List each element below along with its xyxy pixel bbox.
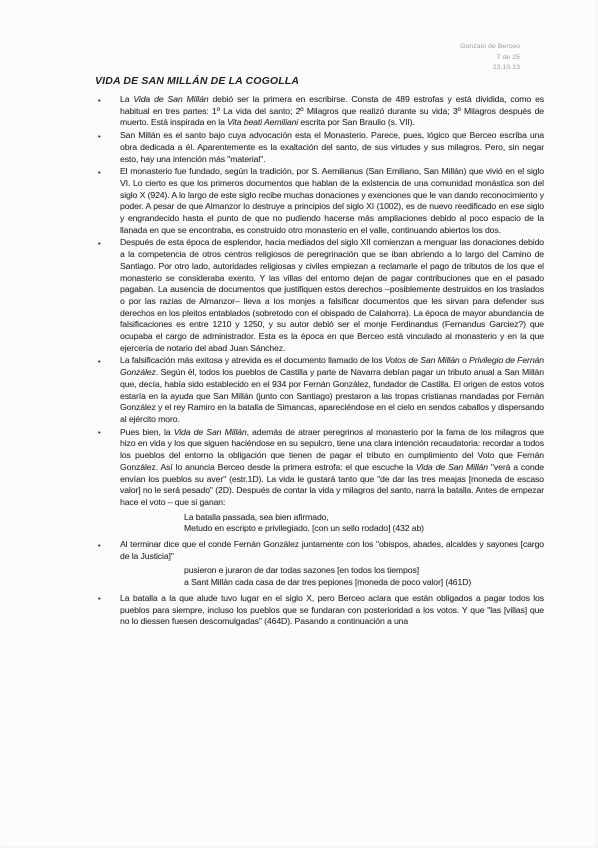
page-header: Gonzalo de Berceo 7 de 25 23.10.13: [460, 42, 520, 74]
bullet-marker: •: [98, 166, 120, 236]
bullet-marker: •: [98, 355, 120, 425]
bullet-marker: •: [98, 539, 120, 562]
text-run: a Sant Millán cada casa de dar tres pepi…: [184, 577, 471, 587]
page-title: VIDA DE SAN MILLÁN DE LA COGOLLA: [95, 75, 299, 87]
text-run: Vida de San Millán: [133, 94, 208, 104]
text-run: El monasterio fue fundado, según la trad…: [120, 166, 544, 235]
text-run: Votos de San Millán: [385, 355, 460, 365]
verse-line: Metudo en escripto e privilegiado. [con …: [184, 523, 544, 535]
text-run: . Según él, todos los pueblos de Castill…: [120, 367, 544, 424]
bullet-text: Después de esta época de esplendor, haci…: [120, 237, 544, 354]
text-run: escrita por San Braulio (s. VII).: [298, 117, 415, 127]
text-run: Después de esta época de esplendor, haci…: [120, 237, 544, 352]
bullet-marker: •: [98, 427, 120, 509]
bullet-item: •El monasterio fue fundado, según la tra…: [98, 166, 544, 236]
document-page: Gonzalo de Berceo 7 de 25 23.10.13 VIDA …: [0, 0, 598, 848]
text-run: San Millán es el santo bajo cuya advocac…: [120, 130, 544, 163]
bullet-text: La falsificación más exitosa y atrevida …: [120, 355, 544, 425]
bullet-item: •San Millán es el santo bajo cuya advoca…: [98, 130, 544, 165]
verse-quote: pusieron e juraron de dar todas sazones …: [184, 565, 544, 588]
bullet-text: El monasterio fue fundado, según la trad…: [120, 166, 544, 236]
text-run: La batalla passada, sea bien afirmado,: [184, 512, 329, 522]
bullet-text: La batalla a la que alude tuvo lugar en …: [120, 593, 544, 628]
verse-line: La batalla passada, sea bien afirmado,: [184, 512, 544, 524]
text-run: La batalla a la que alude tuvo lugar en …: [120, 593, 544, 626]
bullet-text: La Vida de San Millán debió ser la prime…: [120, 94, 544, 129]
verse-line: a Sant Millán cada casa de dar tres pepi…: [184, 577, 544, 589]
bullet-marker: •: [98, 237, 120, 354]
header-author: Gonzalo de Berceo: [460, 42, 520, 53]
verse-line: pusieron e juraron de dar todas sazones …: [184, 565, 544, 577]
bullet-text: San Millán es el santo bajo cuya advocac…: [120, 130, 544, 165]
bullet-item: •Pues bien, la Vida de San Millán, ademá…: [98, 427, 544, 509]
text-run: Al terminar dice que el conde Fernán Gon…: [120, 539, 544, 561]
bullet-text: Al terminar dice que el conde Fernán Gon…: [120, 539, 544, 562]
bullet-item: •La Vida de San Millán debió ser la prim…: [98, 94, 544, 129]
header-date: 23.10.13: [460, 63, 520, 74]
text-run: La falsificación más exitosa y atrevida …: [120, 355, 385, 365]
text-run: Vida de San Millán: [174, 427, 247, 437]
bullet-item: •La falsificación más exitosa y atrevida…: [98, 355, 544, 425]
header-page-indicator: 7 de 25: [460, 53, 520, 64]
bullet-item: •Después de esta época de esplendor, hac…: [98, 237, 544, 354]
bullet-marker: •: [98, 94, 120, 129]
text-run: Vida de San Millán: [416, 462, 488, 472]
text-run: Vita beati Aemiliani: [227, 117, 298, 127]
bullet-item: •Al terminar dice que el conde Fernán Go…: [98, 539, 544, 562]
text-run: La: [120, 94, 133, 104]
bullet-marker: •: [98, 130, 120, 165]
text-run: Metudo en escripto e privilegiado. [con …: [184, 523, 424, 533]
text-run: pusieron e juraron de dar todas sazones …: [184, 565, 419, 575]
bullet-text: Pues bien, la Vida de San Millán, además…: [120, 427, 544, 509]
bullet-marker: •: [98, 593, 120, 628]
text-run: o: [460, 355, 469, 365]
bullet-item: •La batalla a la que alude tuvo lugar en…: [98, 593, 544, 628]
text-run: Pues bien, la: [120, 427, 174, 437]
document-body: •La Vida de San Millán debió ser la prim…: [98, 94, 544, 629]
verse-quote: La batalla passada, sea bien afirmado,Me…: [184, 512, 544, 535]
